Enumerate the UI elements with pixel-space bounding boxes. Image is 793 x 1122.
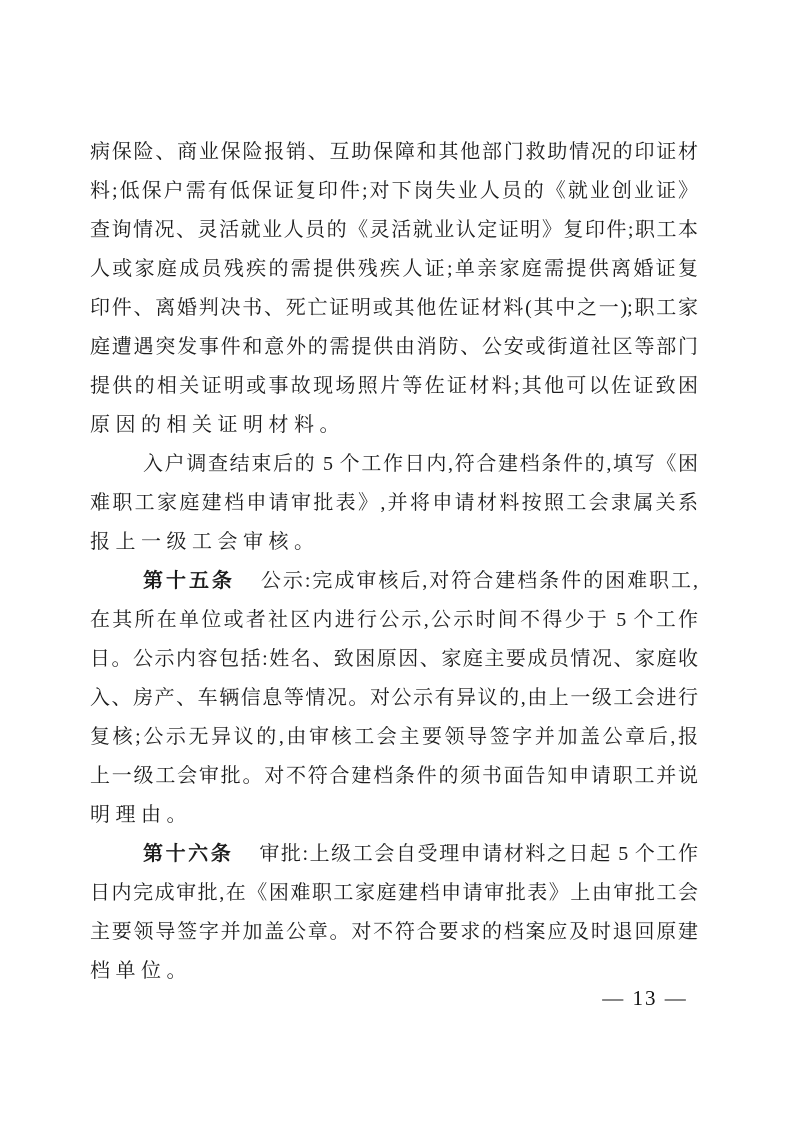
article-15-heading: 第十五条 [143,570,235,592]
article-16-heading: 第十六条 [143,843,233,865]
text-line: 日内完成审批,在《困难职工家庭建档申请审批表》上由审批工会 [90,874,698,913]
article-15-body-start: 公示:完成审核后,对符合建档条件的困难职工, [261,570,698,592]
text-line: 复核;公示无异议的,由审核工会主要领导签字并加盖公章后,报 [90,718,698,757]
text-line: 明理由。 [90,796,698,835]
text-line: 人或家庭成员残疾的需提供残疾人证;单亲家庭需提供离婚证复 [90,250,698,289]
text-line-article-15: 第十五条公示:完成审核后,对符合建档条件的困难职工, [90,562,698,601]
text-line: 报上一级工会审核。 [90,523,698,562]
article-16-body-start: 审批:上级工会自受理申请材料之日起 5 个工作 [259,843,698,865]
text-line: 入户调查结束后的 5 个工作日内,符合建档条件的,填写《困 [90,445,698,484]
text-line: 病保险、商业保险报销、互助保障和其他部门救助情况的印证材 [90,133,698,172]
text-line: 提供的相关证明或事故现场照片等佐证材料;其他可以佐证致困 [90,367,698,406]
text-line: 入、房产、车辆信息等情况。对公示有异议的,由上一级工会进行 [90,679,698,718]
text-line: 日。公示内容包括:姓名、致困原因、家庭主要成员情况、家庭收 [90,640,698,679]
text-line: 难职工家庭建档申请审批表》,并将申请材料按照工会隶属关系 [90,484,698,523]
text-line: 在其所在单位或者社区内进行公示,公示时间不得少于 5 个工作 [90,601,698,640]
text-line: 主要领导签字并加盖公章。对不符合要求的档案应及时退回原建 [90,913,698,952]
text-line: 上一级工会审批。对不符合建档条件的须书面告知申请职工并说 [90,757,698,796]
text-line: 原因的相关证明材料。 [90,406,698,445]
text-line: 料;低保户需有低保证复印件;对下岗失业人员的《就业创业证》 [90,172,698,211]
body-text: 病保险、商业保险报销、互助保障和其他部门救助情况的印证材 料;低保户需有低保证复… [90,133,698,991]
document-page: 病保险、商业保险报销、互助保障和其他部门救助情况的印证材 料;低保户需有低保证复… [0,0,793,1122]
text-line: 印件、离婚判决书、死亡证明或其他佐证材料(其中之一);职工家 [90,289,698,328]
text-line: 庭遭遇突发事件和意外的需提供由消防、公安或街道社区等部门 [90,328,698,367]
text-line: 查询情况、灵活就业人员的《灵活就业认定证明》复印件;职工本 [90,211,698,250]
page-number: — 13 — [560,984,730,1012]
text-line-article-16: 第十六条审批:上级工会自受理申请材料之日起 5 个工作 [90,835,698,874]
